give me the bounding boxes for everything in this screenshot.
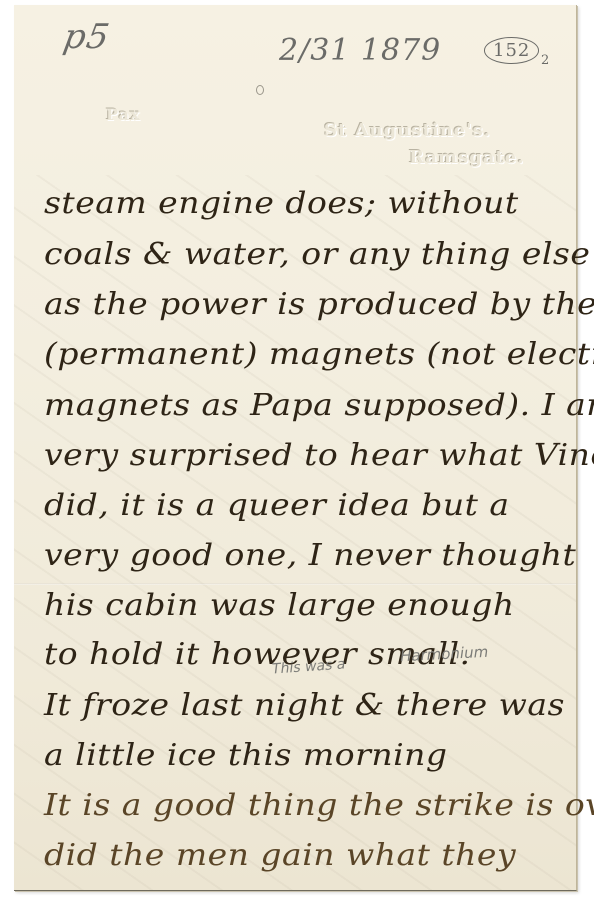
date-pencil-mark: 2/31 1879 [279,33,441,68]
body-line-1: steam engine does; without [44,185,519,221]
body-line-12: a little ice this morning [44,737,448,773]
pin-hole-icon [256,85,264,95]
body-line-7: did, it is a queer idea but a [44,487,510,523]
letter-page: p5 2/31 1879 152 2 Pax St Augustine's. R… [14,5,577,891]
body-line-8: very good one, I never thought [44,537,576,573]
body-line-3: as the power is produced by the [44,286,594,322]
cross-writing-bleed [14,175,576,890]
body-line-11: It froze last night & there was [44,687,565,723]
pencil-annotation-right: Harmonium [400,643,489,666]
paper-fold [14,583,576,585]
folio-pencil-mark: p5 [60,17,112,57]
reference-subscript: 2 [541,53,550,68]
body-line-6: very surprised to hear what Vincent [44,437,594,473]
body-line-5: magnets as Papa supposed). I am [44,387,594,423]
body-line-9: his cabin was large enough [44,587,515,623]
letterhead-address-line1: St Augustine's. [324,120,491,141]
body-line-14: did the men gain what they [44,837,516,873]
body-line-2: coals & water, or any thing else [44,236,590,272]
body-line-13: It is a good thing the strike is over [44,787,594,823]
letterhead-motto: Pax [106,105,141,124]
reference-number-circled: 152 [484,37,539,64]
body-line-4: (permanent) magnets (not electro [44,336,594,372]
letterhead-address-line2: Ramsgate. [409,147,525,168]
